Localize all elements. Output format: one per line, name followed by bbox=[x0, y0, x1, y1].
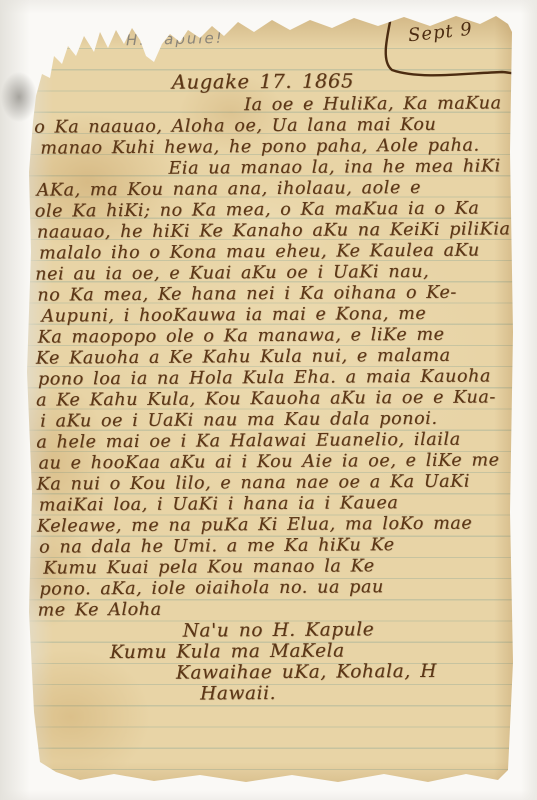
signature-line: Kawaihae uKa, Kohala, H bbox=[176, 660, 508, 683]
letter-page: H. Kapule! Sept 9 Augake 17. 1865 Ia oe … bbox=[26, 12, 514, 788]
letter-line: Keleawe, me na puKa Ki Elua, ma loKo mae bbox=[37, 513, 507, 537]
pencil-annotation: H. Kapule! bbox=[126, 29, 224, 50]
letter-line: Eia ua manao la, ina he mea hiKi bbox=[168, 156, 504, 179]
letter-line: Ka nui o Kou lilo, e nana nae oe a Ka Ua… bbox=[37, 471, 507, 495]
letter-text: Augake 17. 1865 Ia oe e HuliKa, Ka maKua… bbox=[34, 66, 508, 705]
letter-date: Augake 17. 1865 bbox=[172, 66, 504, 95]
scanned-letter-photo: H. Kapule! Sept 9 Augake 17. 1865 Ia oe … bbox=[0, 0, 537, 800]
signature-line: Kumu Kula ma MaKela bbox=[110, 639, 508, 663]
signature-line: Hawaii. bbox=[200, 681, 508, 704]
letter-line: Ia oe e HuliKa, Ka maKua bbox=[244, 93, 504, 116]
letter-line: no Ka mea, Ke hana nei i Ka oihana o Ke- bbox=[37, 282, 505, 306]
signature-line: Na'u no H. Kapule bbox=[183, 618, 508, 641]
letter-line: malalo iho o Kona mau eheu, Ke Kaulea aK… bbox=[39, 240, 505, 264]
